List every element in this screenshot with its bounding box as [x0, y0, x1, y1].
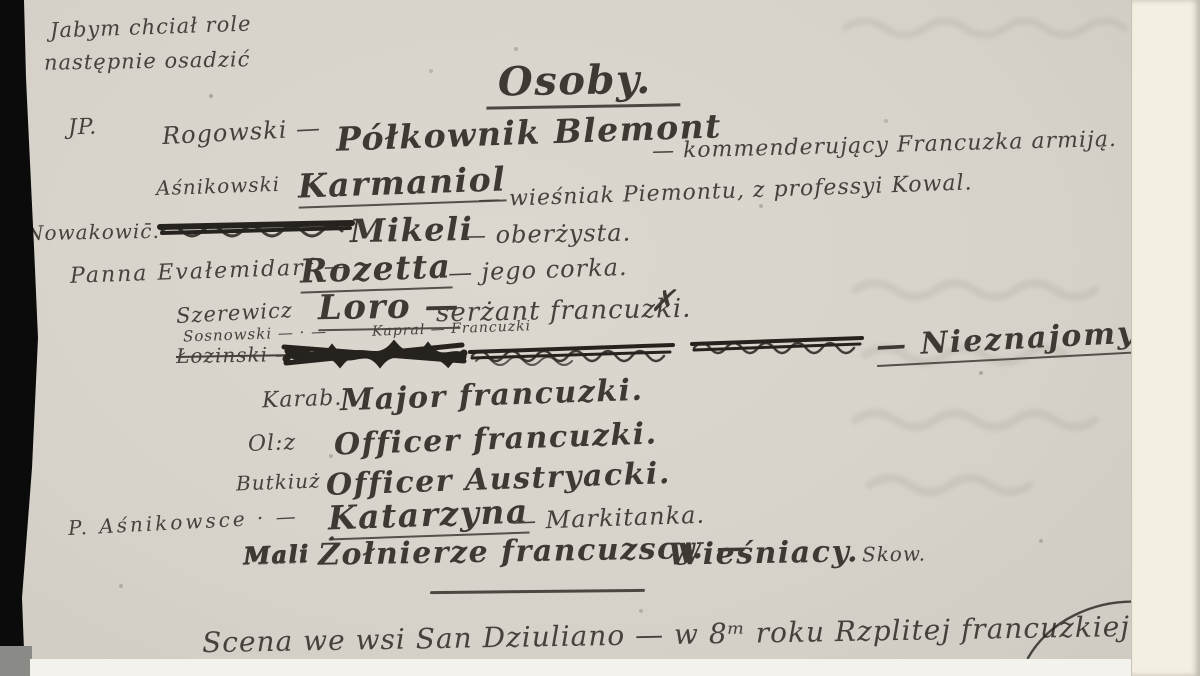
cast-row-description: Wieśniacy. — [668, 536, 859, 571]
cast-row-character: Katarzyna — [327, 495, 529, 541]
cast-row-actor: Szerewicz — [176, 299, 294, 327]
cast-row-description: — jego corka. — [448, 255, 628, 286]
bleedthrough-marks — [850, 270, 1130, 530]
cast-row-actor: Karab. — [262, 387, 343, 413]
cast-row-actor: P. Aśnikowsce · — — [68, 506, 300, 539]
section-divider — [430, 589, 645, 594]
cast-row-character: Officer francuzki. — [334, 418, 659, 461]
scene-description: Scena we wsi San Dziuliano — w 8ᵐ roku R… — [202, 612, 1140, 658]
scan-right-border — [1132, 0, 1200, 676]
manuscript-page: Jabym chciał role następnie osadzić Osob… — [0, 0, 1200, 676]
cast-row-character: Major francuzki. — [340, 375, 644, 417]
cast-row-description: — Markitanka. — [512, 503, 706, 535]
crossed-out-text-scribble — [470, 334, 675, 368]
cast-row-description: — oberżysta. — [462, 221, 632, 249]
margin-note-line2: następnie osadzić — [44, 48, 251, 74]
margin-note-line1: Jabym chciał role — [50, 12, 252, 41]
heavy-ink-blot-scribble — [282, 333, 467, 375]
cast-row-actor: Ol:z — [248, 431, 297, 456]
crossed-out-text-scribble — [692, 328, 864, 360]
cast-row-actor: Łozinski — — [176, 344, 297, 367]
cast-row-description: — wieśniak Piemontu, z professyi Kowal. — [478, 171, 973, 211]
cast-row-actor: JP. — [68, 115, 98, 139]
cast-row-actor: Aśnikowski — [156, 174, 281, 199]
bleedthrough-marks — [840, 6, 1140, 46]
scan-bottom-strip — [30, 659, 1132, 676]
cast-row-note: Skow. — [862, 543, 926, 565]
page-title: Osoby. — [486, 58, 680, 109]
cast-row-actor: Nowakowic̄. — [26, 221, 160, 244]
cast-row-actor: Rogowski — — [161, 116, 321, 149]
cast-row-actor: Mali — [243, 541, 310, 568]
cast-row-character: Mikeli — [350, 213, 474, 249]
cast-row-actor: Butkiuż — [236, 471, 321, 495]
scan-corner-block — [0, 646, 32, 676]
crossed-out-name-scribble — [160, 212, 355, 242]
cast-row-character: Karmaniol — [297, 162, 507, 208]
scan-left-edge — [0, 0, 46, 650]
x-mark: ✗ — [650, 286, 676, 318]
